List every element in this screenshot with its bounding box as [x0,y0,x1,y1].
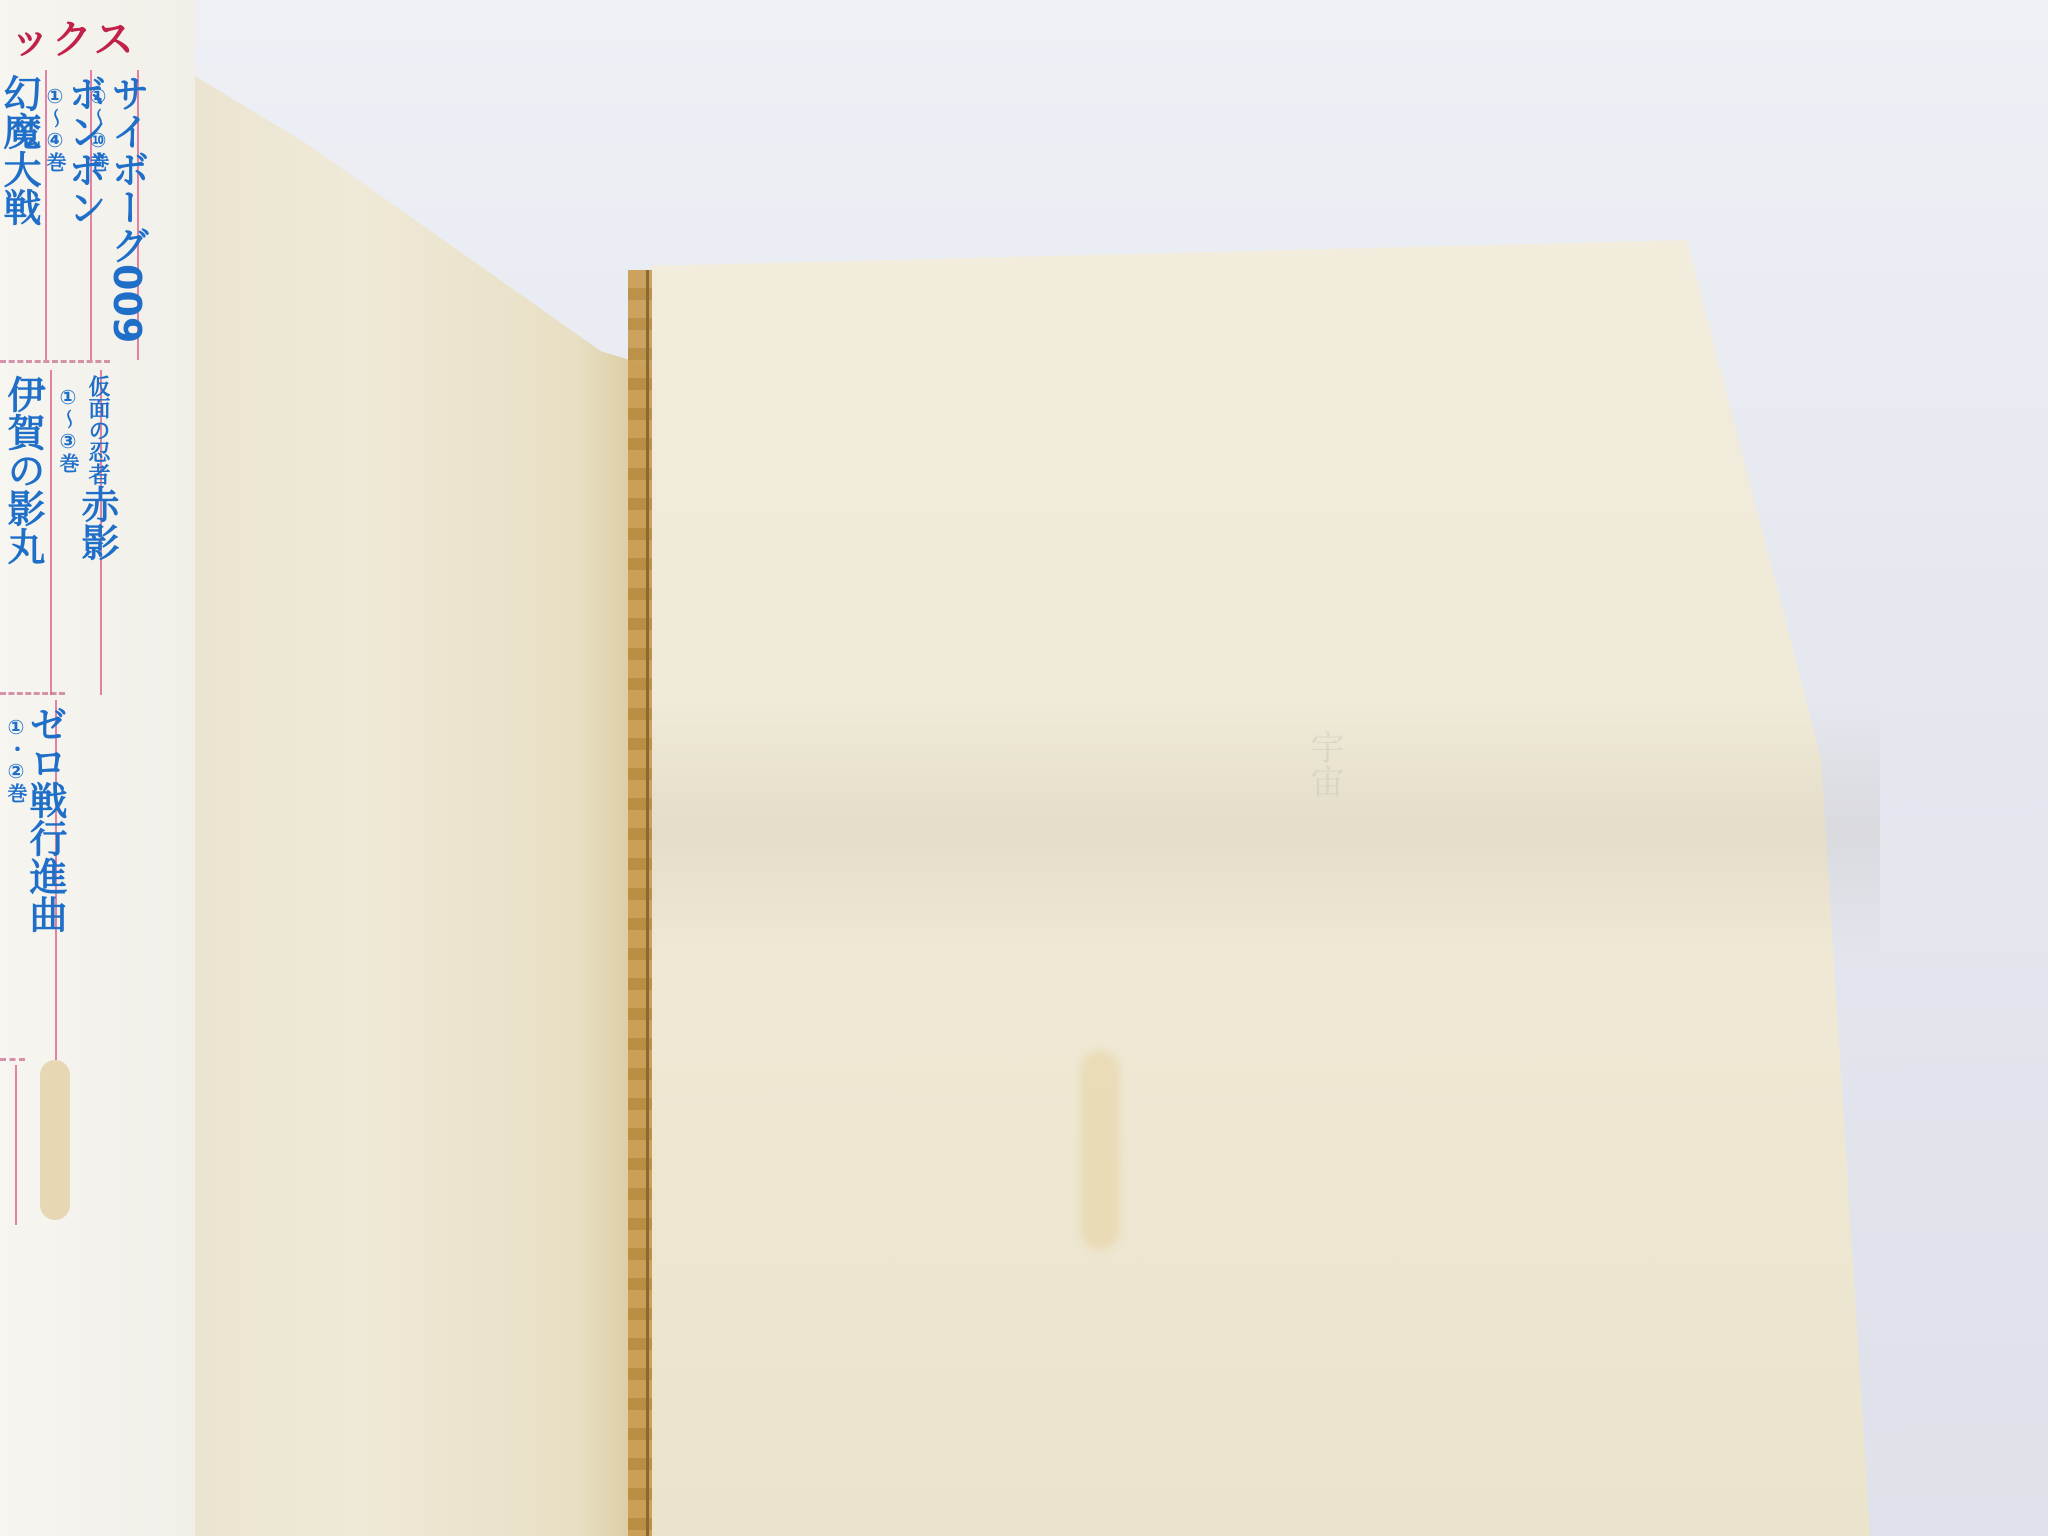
listing-bonbon: ボンボン①〜④巻 [45,74,103,226]
listing-zerosen-koshinkyoku: ゼロ戦行進曲①・②巻 [6,705,64,933]
listing-title: 幻魔大戦 [0,74,41,226]
left-page [160,55,650,1536]
listing-iga-no-kagemaru: 伊賀の影丸 [4,375,42,565]
divider-rule [50,370,52,695]
listing-genma-taisen: 幻魔大戦 [0,74,38,226]
divider-rule [15,1065,17,1225]
book-spine-gutter [646,270,649,1536]
back-cover-flap: ックス サイボーグ009①〜⑩巻 ボンボン①〜④巻 幻魔大戦 仮面の忍者赤影①〜… [0,0,195,1536]
series-header: ックス [10,8,136,65]
listing-title: ボンボン [62,74,106,226]
listing-title: 伊賀の影丸 [1,375,45,565]
flap-stain [40,1060,70,1220]
listing-subtitle: 仮面の忍者 [85,375,110,485]
listing-title: サイボーグ009 [105,74,149,343]
page-stain [1080,1050,1120,1250]
dashed-separator [0,1058,25,1061]
dashed-separator [0,360,110,363]
dashed-separator [0,692,65,695]
listing-akakage: 仮面の忍者赤影①〜③巻 [58,375,116,561]
listing-title: 赤影 [75,485,119,561]
show-through-text: 宇宙 [1300,730,1349,798]
divider-rule [45,70,47,360]
listing-title: ゼロ戦行進曲 [23,705,67,933]
shadow-band [650,700,1880,960]
